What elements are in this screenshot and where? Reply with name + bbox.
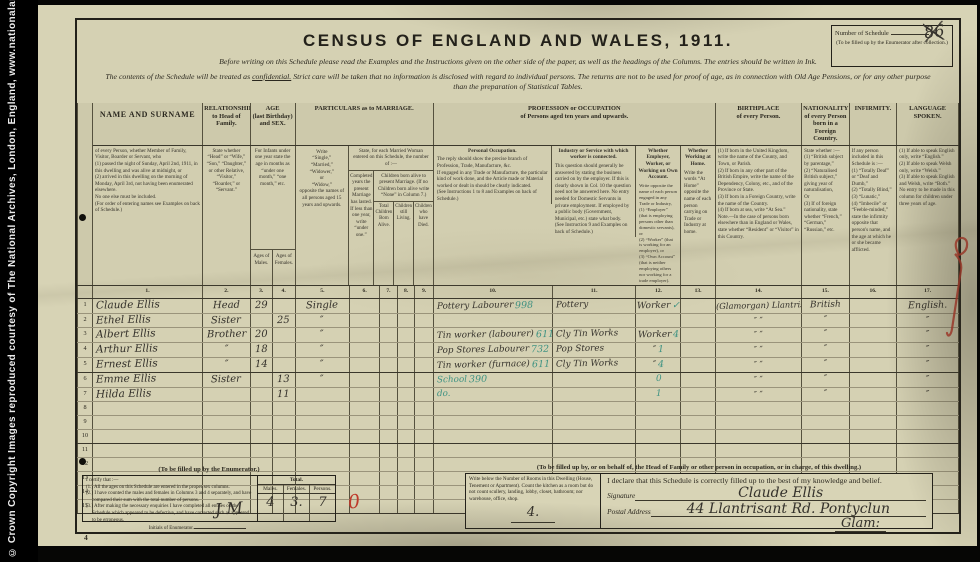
col-header-marriage: PARTICULARS as to MARRIAGE. <box>295 103 433 145</box>
col-header-nationality: NATIONALITY of every Person born in a Fo… <box>802 103 850 145</box>
householder-caption: (To be filled up by, or on behalf of, th… <box>465 464 933 471</box>
cell-years-married <box>350 358 380 373</box>
row-number: 10 <box>78 430 93 444</box>
signature-handwritten: Claude Ellis <box>635 486 926 501</box>
handwritten-entry: ″ <box>320 358 324 371</box>
cell-relationship: ″ <box>203 358 251 373</box>
cell-employer-status <box>636 416 681 430</box>
column-number: 2. <box>203 286 251 299</box>
cell-relationship: ″ <box>203 343 251 358</box>
cell-name: Claude Ellis <box>92 299 202 314</box>
cell-name <box>92 416 202 430</box>
handwritten-entry: Hilda Ellis <box>96 388 152 402</box>
cell-children-born <box>380 416 398 430</box>
column-number: 14. <box>715 286 801 299</box>
handwritten-entry: 18 <box>255 343 268 356</box>
desc-relationship: State whether “Head” or “Wife,” “Son,” “… <box>203 145 251 286</box>
column-number: 16. <box>849 286 897 299</box>
record-row-2: 2Ethel EllisSister25″″ ″″″ <box>78 314 959 328</box>
cell-age-female <box>272 328 295 343</box>
desc-ages-males: Ages of Males. <box>251 250 273 285</box>
total-label: Total. <box>258 476 335 485</box>
cell-working-at-home <box>681 358 715 373</box>
cell-working-at-home <box>681 402 715 416</box>
cell-nationality: ″ <box>802 358 850 373</box>
cell-children-living <box>397 299 415 314</box>
cell-working-at-home <box>681 343 715 358</box>
cell-marriage: ″ <box>295 343 350 358</box>
row-number: 6 <box>78 373 93 388</box>
handwritten-entry: 29 <box>255 299 268 312</box>
record-row-3: 3Albert EllisBrother20″Tin worker (labou… <box>78 328 959 343</box>
cell-working-at-home <box>681 373 715 388</box>
cell-employer-status <box>636 402 681 416</box>
cell-industry <box>552 444 636 458</box>
census-table: NAME AND SURNAME RELATIONSHIP to Head of… <box>77 103 959 514</box>
handwritten-entry: British <box>810 299 841 313</box>
cell-language <box>897 444 959 458</box>
desc-employer-body: Write opposite the name of each person e… <box>637 182 679 285</box>
schedule-number-box: Number of Schedule (To be filled up by t… <box>831 25 953 67</box>
col-header-relationship: RELATIONSHIP to Head of Family. <box>203 103 251 145</box>
cell-birthplace <box>715 402 801 416</box>
cell-marriage: ″ <box>295 373 350 388</box>
handwritten-entry: ″ <box>926 388 930 401</box>
handwritten-entry: ″ <box>824 373 828 386</box>
cell-relationship <box>203 416 251 430</box>
form-title: CENSUS OF ENGLAND AND WALES, 1911. <box>77 31 959 51</box>
column-number: 8. <box>397 286 415 299</box>
cell-occupation: Tin worker (furnace)611 <box>433 358 552 373</box>
cell-birthplace: ″ ″ <box>715 358 801 373</box>
cell-industry <box>552 416 636 430</box>
females-label: Females. <box>283 485 309 493</box>
desc-home-body: Write the words “At Home” opposite the n… <box>682 169 714 237</box>
cell-nationality: ″ <box>802 343 850 358</box>
clerk-code: 1 <box>658 343 664 356</box>
desc-occupation-body: The reply should show the precise branch… <box>435 155 550 203</box>
cell-relationship <box>203 402 251 416</box>
cell-children-died <box>415 358 434 373</box>
cell-children-born <box>380 402 398 416</box>
enumerator-caption: (To be filled up by the Enumerator.) <box>82 466 336 473</box>
cell-children-died <box>415 430 434 444</box>
handwritten-entry: ″ <box>653 359 657 372</box>
cell-marriage <box>295 416 350 430</box>
cell-relationship: Brother <box>203 328 251 343</box>
handwritten-entry: ″ <box>224 343 228 356</box>
cell-children-born <box>380 358 398 373</box>
declaration-box: Write below the Number of Rooms in this … <box>465 473 933 529</box>
form-page-number: 4 <box>84 533 88 542</box>
cell-industry <box>552 314 636 328</box>
cell-language: ″ <box>897 358 959 373</box>
cell-birthplace: ″ ″ <box>715 314 801 328</box>
cell-birthplace: ″ ″ <box>715 373 801 388</box>
cell-occupation <box>433 444 552 458</box>
column-number: 11. <box>552 286 636 299</box>
clerk-code: 998 <box>515 299 533 312</box>
cell-marriage <box>295 430 350 444</box>
cell-relationship <box>203 444 251 458</box>
cell-children-born <box>380 373 398 388</box>
cell-occupation <box>433 430 552 444</box>
cell-relationship: Sister <box>203 373 251 388</box>
handwritten-entry: ″ <box>926 328 930 341</box>
cell-age-female <box>272 343 295 358</box>
clerk-code: 4 <box>658 358 664 371</box>
cell-infirmity <box>849 328 897 343</box>
cell-infirmity <box>849 388 897 402</box>
row-number: 9 <box>78 416 93 430</box>
handwritten-entry: do. <box>437 388 451 401</box>
desc-infirmity: If any person included in this Schedule … <box>849 145 897 286</box>
punch-hole-top <box>79 214 86 221</box>
cell-years-married <box>350 416 380 430</box>
col-header-infirmity: INFIRMITY. <box>849 103 897 145</box>
col-header-name: NAME AND SURNAME <box>92 103 202 145</box>
cell-marriage: ″ <box>295 314 350 328</box>
cell-employer-status: ″4 <box>636 358 681 373</box>
persons-label: Persons. <box>309 485 335 493</box>
cell-age-male <box>250 444 272 458</box>
handwritten-entry: Claude Ellis <box>96 299 160 313</box>
signature-label: Signature <box>607 491 635 501</box>
cell-age-female <box>272 402 295 416</box>
cell-children-born <box>380 430 398 444</box>
cell-years-married <box>350 430 380 444</box>
cell-working-at-home <box>681 430 715 444</box>
cell-years-married <box>350 444 380 458</box>
handwritten-entry: Sister <box>211 314 241 328</box>
cell-age-female <box>272 430 295 444</box>
certify-item-1: (1.) All the ages on this Schedule are e… <box>86 485 254 492</box>
cell-age-male <box>250 430 272 444</box>
desc-age: For Infants under one year state the age… <box>250 145 295 286</box>
cell-birthplace <box>715 444 801 458</box>
desc-nationality: State whether :— (1) “British subject by… <box>802 145 850 286</box>
cell-years-married <box>350 328 380 343</box>
confidential-post: Strict care will be taken that no inform… <box>291 72 930 81</box>
handwritten-entry: 13 <box>277 373 290 386</box>
handwritten-entry: Pop Stores <box>556 343 604 357</box>
col-header-age: AGE (last Birthday) and SEX. <box>250 103 295 145</box>
cell-birthplace: ″ ″ <box>715 388 801 402</box>
cell-age-female: 25 <box>272 314 295 328</box>
cell-industry: Pottery <box>552 299 636 314</box>
handwritten-entry: (Glamorgan) Llantrisant <box>716 299 802 314</box>
cell-nationality: ″ <box>802 328 850 343</box>
cell-language <box>897 402 959 416</box>
form-footer: (To be filled up by the Enumerator.) I c… <box>77 463 959 533</box>
handwritten-entry: Pop Stores Labourer <box>437 343 529 357</box>
cell-working-at-home <box>681 416 715 430</box>
cell-nationality <box>802 444 850 458</box>
cell-occupation: School390 <box>433 373 552 388</box>
cell-children-died <box>415 299 434 314</box>
handwritten-entry: ″ ″ <box>754 328 763 341</box>
handwritten-entry: Head <box>213 299 240 313</box>
handwritten-entry: ″ <box>926 314 930 327</box>
cell-relationship: Sister <box>203 314 251 328</box>
handwritten-entry: ″ ″ <box>754 343 763 356</box>
cell-children-living <box>397 373 415 388</box>
record-row-10: 10 <box>78 430 959 444</box>
header-band-row: NAME AND SURNAME RELATIONSHIP to Head of… <box>78 103 959 145</box>
cell-name <box>92 444 202 458</box>
clerk-code: 611 <box>536 328 553 341</box>
cell-working-at-home <box>681 388 715 402</box>
postal-address-handwritten: 44 Llantrisant Rd. Pontyclun <box>651 502 926 517</box>
handwritten-entry: ″ <box>824 388 828 401</box>
handwritten-entry: ″ <box>224 358 228 371</box>
cell-children-living <box>397 402 415 416</box>
cell-industry <box>552 430 636 444</box>
handwritten-entry: Cly Tin Works <box>556 358 619 372</box>
cell-industry: Cly Tin Works <box>552 328 636 343</box>
cell-birthplace: ″ ″ <box>715 328 801 343</box>
cell-children-living <box>397 328 415 343</box>
cell-children-born <box>380 328 398 343</box>
row-number: 5 <box>78 358 93 373</box>
cell-children-born <box>380 343 398 358</box>
cell-children-living <box>397 416 415 430</box>
cell-employer-status: Worker4 <box>636 328 681 343</box>
cell-children-died <box>415 328 434 343</box>
cell-children-died <box>415 416 434 430</box>
cell-industry: Cly Tin Works <box>552 358 636 373</box>
enumerator-box: I certify that :— (1.) All the ages on t… <box>82 475 336 522</box>
handwritten-entry: ″ <box>926 373 930 386</box>
cell-age-male <box>250 416 272 430</box>
desc-children-living: Children still Living. <box>393 202 413 285</box>
cell-infirmity <box>849 430 897 444</box>
desc-birthplace: (1) If born in the United Kingdom, write… <box>715 145 801 286</box>
declaration-text: I declare that this Schedule is correctl… <box>607 476 926 485</box>
cell-marriage: ″ <box>295 328 350 343</box>
handwritten-entry: 20 <box>255 328 268 341</box>
punch-hole-bottom <box>79 458 86 465</box>
cell-children-died <box>415 314 434 328</box>
cell-occupation <box>433 416 552 430</box>
column-number: 9. <box>415 286 434 299</box>
desc-marriage-state: State, for each Married Woman entered on… <box>349 146 433 171</box>
handwritten-entry: ″ <box>824 358 828 371</box>
cell-occupation <box>433 402 552 416</box>
cell-birthplace <box>715 430 801 444</box>
desc-home-title: Whether Working at Home. <box>682 146 714 169</box>
record-row-1: 1Claude EllisHead29SinglePottery Laboure… <box>78 299 959 314</box>
confidential-word: confidential. <box>252 72 291 81</box>
col-header-birthplace: BIRTHPLACE of every Person. <box>715 103 801 145</box>
cell-nationality: British <box>802 299 850 314</box>
cell-industry <box>552 373 636 388</box>
cell-name <box>92 402 202 416</box>
handwritten-entry: ″ <box>320 328 324 341</box>
column-number: 13. <box>681 286 715 299</box>
cell-children-living <box>397 343 415 358</box>
handwritten-entry: Ernest Ellis <box>96 358 158 372</box>
handwritten-entry: 1 <box>655 388 661 401</box>
cell-nationality <box>802 416 850 430</box>
cell-relationship <box>203 388 251 402</box>
cell-employer-status <box>636 430 681 444</box>
enumerator-certification: I certify that :— (1.) All the ages on t… <box>83 476 257 521</box>
cell-working-at-home <box>681 444 715 458</box>
handwritten-entry: ″ <box>926 358 930 371</box>
cell-age-female: 13 <box>272 373 295 388</box>
record-row-9: 9 <box>78 416 959 430</box>
handwritten-entry: Albert Ellis <box>96 328 156 342</box>
cell-children-died <box>415 402 434 416</box>
cell-nationality <box>802 430 850 444</box>
cell-children-born <box>380 314 398 328</box>
handwritten-entry: 0 <box>655 373 661 386</box>
cell-infirmity <box>849 314 897 328</box>
desc-marriage: Write “Single,” “Married,” “Widower,” or… <box>295 145 433 286</box>
handwritten-entry: School <box>437 374 467 388</box>
cell-infirmity <box>849 343 897 358</box>
cell-birthplace: (Glamorgan) Llantrisant <box>715 299 801 314</box>
column-number: 7. <box>380 286 398 299</box>
row-number: 3 <box>78 328 93 343</box>
cell-language: ″ <box>897 373 959 388</box>
desc-marriage-write: Write “Single,” “Married,” “Widower,” or… <box>296 146 350 286</box>
column-number: 5. <box>295 286 350 299</box>
confidential-notice: The contents of the Schedule will be tre… <box>95 72 942 92</box>
handwritten-entry: ″ <box>320 343 324 356</box>
census-schedule-paper: Number of Schedule (To be filled up by t… <box>38 5 977 546</box>
persons-total-handwritten: 7 <box>309 494 335 521</box>
column-number: 15. <box>802 286 850 299</box>
row-number: 7 <box>78 388 93 402</box>
handwritten-entry: ″ ″ <box>754 358 763 371</box>
cell-name <box>92 430 202 444</box>
males-total-handwritten: 4 <box>258 494 283 521</box>
handwritten-entry: Pottery <box>556 299 589 313</box>
cell-name: Arthur Ellis <box>92 343 202 358</box>
clerk-code: ✓ <box>672 299 680 312</box>
cell-employer-status <box>636 444 681 458</box>
clerk-code: 4 <box>673 328 679 341</box>
col-header-language: LANGUAGE SPOKEN. <box>897 103 959 145</box>
cell-age-male: 14 <box>250 358 272 373</box>
cell-occupation: Pottery Labourer998 <box>433 299 552 314</box>
handwritten-entry: 11 <box>277 388 290 401</box>
desc-industry-title: Industry or Service with which worker is… <box>553 146 634 162</box>
cell-age-male: 20 <box>250 328 272 343</box>
handwritten-entry: 25 <box>277 314 290 327</box>
cell-age-female <box>272 416 295 430</box>
handwritten-entry: ″ ″ <box>754 373 763 386</box>
cell-children-living <box>397 430 415 444</box>
desc-marriage-years: Completed years the present Marriage has… <box>349 171 374 286</box>
cell-children-born <box>380 299 398 314</box>
desc-children-died: Children who have Died. <box>413 202 433 285</box>
column-number: 3. <box>250 286 272 299</box>
cell-years-married <box>350 299 380 314</box>
column-number: 12. <box>636 286 681 299</box>
record-row-7: 7Hilda Ellis11do.1″ ″″″ <box>78 388 959 402</box>
row-number-header <box>78 103 93 286</box>
cell-children-died <box>415 388 434 402</box>
handwritten-entry: Tin worker (furnace) <box>437 358 530 372</box>
handwritten-entry: Pottery Labourer <box>437 299 514 313</box>
cell-name: Ernest Ellis <box>92 358 202 373</box>
cell-working-at-home <box>681 314 715 328</box>
column-number: 10. <box>433 286 552 299</box>
householder-section: (To be filled up by, or on behalf of, th… <box>465 464 933 529</box>
cell-age-male <box>250 373 272 388</box>
cell-age-female: 11 <box>272 388 295 402</box>
row-number: 8 <box>78 402 93 416</box>
column-number: 4. <box>272 286 295 299</box>
postal-address-label: Postal Address <box>607 507 651 517</box>
cell-age-female <box>272 358 295 373</box>
header-description-row: of every Person, whether Member of Famil… <box>78 145 959 286</box>
cell-children-died <box>415 444 434 458</box>
cell-years-married <box>350 373 380 388</box>
cell-nationality <box>802 402 850 416</box>
red-enumerator-mark <box>935 233 975 345</box>
cell-age-male <box>250 314 272 328</box>
cell-infirmity <box>849 416 897 430</box>
declaration-cell: I declare that this Schedule is correctl… <box>601 474 932 528</box>
cell-children-living <box>397 444 415 458</box>
cell-age-female <box>272 299 295 314</box>
column-number <box>78 286 93 299</box>
record-row-4: 4Arthur Ellis″18″Pop Stores Labourer732P… <box>78 343 959 358</box>
cell-nationality: ″ <box>802 373 850 388</box>
handwritten-entry: Tin worker (labourer) <box>437 328 534 343</box>
column-number: 1. <box>92 286 202 299</box>
form-frame: Number of Schedule (To be filled up by t… <box>75 18 961 534</box>
cell-children-born <box>380 444 398 458</box>
certify-lead: I certify that :— <box>86 478 254 485</box>
cell-age-male <box>250 402 272 416</box>
handwritten-entry: Worker <box>638 329 672 343</box>
row-number: 4 <box>78 343 93 358</box>
cell-birthplace <box>715 416 801 430</box>
handwritten-entry: Brother <box>207 328 247 342</box>
handwritten-entry: ″ <box>824 328 828 341</box>
cell-age-male: 29 <box>250 299 272 314</box>
handwritten-entry: ″ <box>824 343 828 356</box>
cell-name: Ethel Ellis <box>92 314 202 328</box>
cell-infirmity <box>849 373 897 388</box>
cell-industry <box>552 402 636 416</box>
cell-children-died <box>415 373 434 388</box>
schedule-number-handwritten: 86 <box>922 21 945 43</box>
form-instruction: Before writing on this Schedule please r… <box>139 57 898 67</box>
desc-children-total: Total Children Born Alive. <box>374 202 393 285</box>
desc-occupation-title: Personal Occupation. <box>435 146 550 156</box>
handwritten-entry: Worker <box>637 300 671 314</box>
census-record-photo: { "copyright": "© Crown Copyright Images… <box>0 0 980 562</box>
enumerator-section: (To be filled up by the Enumerator.) I c… <box>82 466 336 522</box>
cell-nationality: ″ <box>802 388 850 402</box>
handwritten-entry: 14 <box>255 358 268 371</box>
postal-address-county-handwritten: Glam: <box>607 517 926 530</box>
desc-children-head: Children born alive to present Marriage.… <box>374 171 432 202</box>
cell-age-female <box>272 444 295 458</box>
column-number: 6. <box>350 286 380 299</box>
cell-language <box>897 416 959 430</box>
handwritten-entry: ″ <box>653 344 657 357</box>
handwritten-entry: Arthur Ellis <box>96 343 158 357</box>
cell-occupation: do. <box>433 388 552 402</box>
cell-language: ″ <box>897 343 959 358</box>
